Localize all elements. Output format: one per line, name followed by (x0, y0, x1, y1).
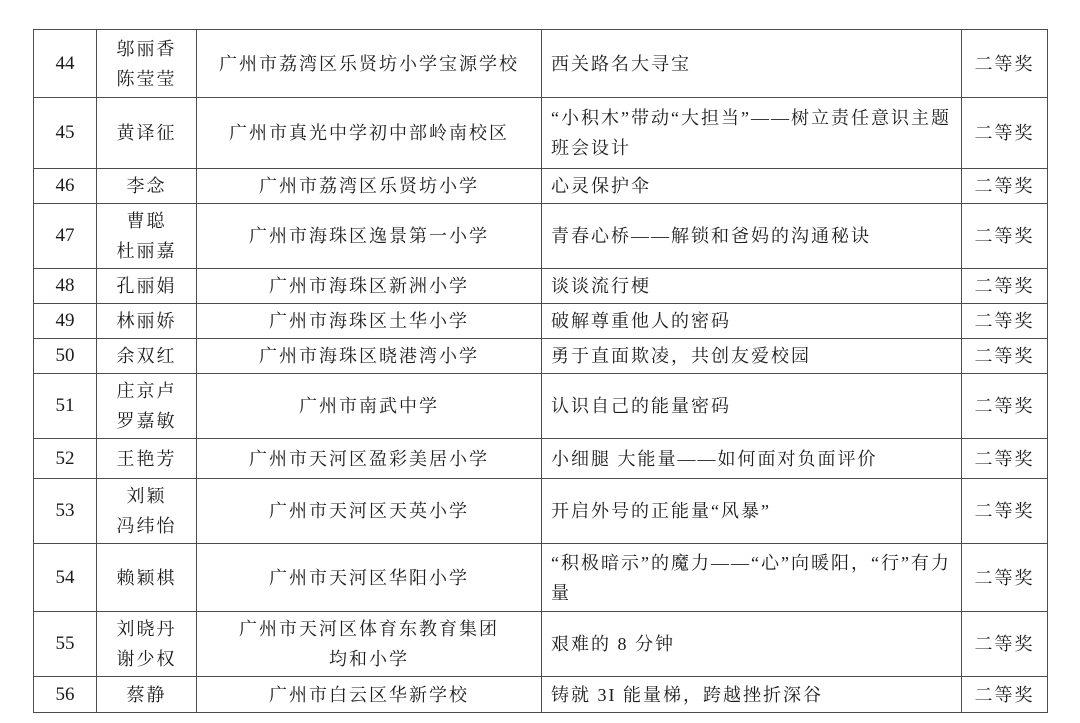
names-cell: 庄京卢 罗嘉敏 (97, 374, 197, 439)
school-cell: 广州市白云区华新学校 (197, 677, 542, 713)
table-row: 44邬丽香 陈莹莹广州市荔湾区乐贤坊小学宝源学校西关路名大寻宝二等奖 (34, 30, 1048, 98)
names-cell: 余双红 (97, 339, 197, 374)
school-cell: 广州市天河区体育东教育集团 均和小学 (197, 612, 542, 677)
award-cell: 二等奖 (962, 269, 1048, 304)
awards-table: 44邬丽香 陈莹莹广州市荔湾区乐贤坊小学宝源学校西关路名大寻宝二等奖45黄译征广… (33, 29, 1048, 713)
row-number-cell: 50 (34, 339, 97, 374)
names-cell: 王艳芳 (97, 439, 197, 479)
school-cell: 广州市天河区盈彩美居小学 (197, 439, 542, 479)
award-cell: 二等奖 (962, 339, 1048, 374)
work-title-cell: “小积木”带动“大担当”——树立责任意识主题班会设计 (542, 98, 962, 169)
names-cell: 林丽娇 (97, 304, 197, 339)
award-cell: 二等奖 (962, 439, 1048, 479)
award-cell: 二等奖 (962, 169, 1048, 204)
school-cell: 广州市荔湾区乐贤坊小学宝源学校 (197, 30, 542, 98)
table-row: 49林丽娇广州市海珠区土华小学破解尊重他人的密码二等奖 (34, 304, 1048, 339)
table-row: 46李念广州市荔湾区乐贤坊小学心灵保护伞二等奖 (34, 169, 1048, 204)
table-row: 51庄京卢 罗嘉敏广州市南武中学认识自己的能量密码二等奖 (34, 374, 1048, 439)
names-cell: 李念 (97, 169, 197, 204)
row-number-cell: 51 (34, 374, 97, 439)
names-cell: 曹聪 杜丽嘉 (97, 204, 197, 269)
row-number-cell: 53 (34, 479, 97, 544)
work-title-cell: 谈谈流行梗 (542, 269, 962, 304)
row-number-cell: 56 (34, 677, 97, 713)
table-row: 45黄译征广州市真光中学初中部岭南校区“小积木”带动“大担当”——树立责任意识主… (34, 98, 1048, 169)
school-cell: 广州市荔湾区乐贤坊小学 (197, 169, 542, 204)
award-cell: 二等奖 (962, 677, 1048, 713)
award-cell: 二等奖 (962, 612, 1048, 677)
row-number-cell: 55 (34, 612, 97, 677)
row-number-cell: 45 (34, 98, 97, 169)
row-number-cell: 49 (34, 304, 97, 339)
row-number-cell: 54 (34, 544, 97, 612)
names-cell: 孔丽娟 (97, 269, 197, 304)
table-row: 48孔丽娟广州市海珠区新洲小学谈谈流行梗二等奖 (34, 269, 1048, 304)
work-title-cell: 青春心桥——解锁和爸妈的沟通秘诀 (542, 204, 962, 269)
row-number-cell: 48 (34, 269, 97, 304)
award-cell: 二等奖 (962, 304, 1048, 339)
row-number-cell: 47 (34, 204, 97, 269)
names-cell: 刘晓丹 谢少权 (97, 612, 197, 677)
row-number-cell: 44 (34, 30, 97, 98)
table-row: 55刘晓丹 谢少权广州市天河区体育东教育集团 均和小学艰难的 8 分钟二等奖 (34, 612, 1048, 677)
work-title-cell: 心灵保护伞 (542, 169, 962, 204)
names-cell: 黄译征 (97, 98, 197, 169)
table-row: 56蔡静广州市白云区华新学校铸就 3I 能量梯，跨越挫折深谷二等奖 (34, 677, 1048, 713)
award-cell: 二等奖 (962, 204, 1048, 269)
table-row: 53刘颖 冯纬怡广州市天河区天英小学开启外号的正能量“风暴”二等奖 (34, 479, 1048, 544)
school-cell: 广州市海珠区新洲小学 (197, 269, 542, 304)
work-title-cell: 开启外号的正能量“风暴” (542, 479, 962, 544)
names-cell: 刘颖 冯纬怡 (97, 479, 197, 544)
awards-table-body: 44邬丽香 陈莹莹广州市荔湾区乐贤坊小学宝源学校西关路名大寻宝二等奖45黄译征广… (34, 30, 1048, 713)
work-title-cell: 西关路名大寻宝 (542, 30, 962, 98)
award-cell: 二等奖 (962, 30, 1048, 98)
award-cell: 二等奖 (962, 374, 1048, 439)
work-title-cell: 认识自己的能量密码 (542, 374, 962, 439)
award-cell: 二等奖 (962, 544, 1048, 612)
work-title-cell: “积极暗示”的魔力——“心”向暖阳，“行”有力量 (542, 544, 962, 612)
school-cell: 广州市海珠区晓港湾小学 (197, 339, 542, 374)
table-row: 54赖颖棋广州市天河区华阳小学“积极暗示”的魔力——“心”向暖阳，“行”有力量二… (34, 544, 1048, 612)
school-cell: 广州市真光中学初中部岭南校区 (197, 98, 542, 169)
work-title-cell: 铸就 3I 能量梯，跨越挫折深谷 (542, 677, 962, 713)
table-row: 50余双红广州市海珠区晓港湾小学勇于直面欺凌，共创友爱校园二等奖 (34, 339, 1048, 374)
table-row: 52王艳芳广州市天河区盈彩美居小学小细腿 大能量——如何面对负面评价二等奖 (34, 439, 1048, 479)
names-cell: 蔡静 (97, 677, 197, 713)
work-title-cell: 小细腿 大能量——如何面对负面评价 (542, 439, 962, 479)
work-title-cell: 破解尊重他人的密码 (542, 304, 962, 339)
names-cell: 赖颖棋 (97, 544, 197, 612)
row-number-cell: 52 (34, 439, 97, 479)
work-title-cell: 艰难的 8 分钟 (542, 612, 962, 677)
award-cell: 二等奖 (962, 479, 1048, 544)
award-cell: 二等奖 (962, 98, 1048, 169)
school-cell: 广州市海珠区逸景第一小学 (197, 204, 542, 269)
row-number-cell: 46 (34, 169, 97, 204)
table-row: 47曹聪 杜丽嘉广州市海珠区逸景第一小学青春心桥——解锁和爸妈的沟通秘诀二等奖 (34, 204, 1048, 269)
names-cell: 邬丽香 陈莹莹 (97, 30, 197, 98)
school-cell: 广州市南武中学 (197, 374, 542, 439)
school-cell: 广州市天河区天英小学 (197, 479, 542, 544)
work-title-cell: 勇于直面欺凌，共创友爱校园 (542, 339, 962, 374)
school-cell: 广州市天河区华阳小学 (197, 544, 542, 612)
school-cell: 广州市海珠区土华小学 (197, 304, 542, 339)
